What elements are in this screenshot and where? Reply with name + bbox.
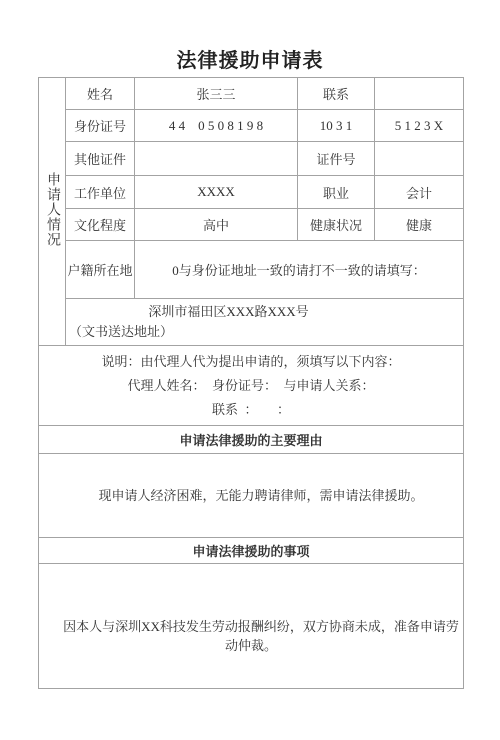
agent-name-id-relation-line: 代理人姓名： 身份证号： 与申请人关系： xyxy=(39,374,463,398)
health-value: 健康 xyxy=(375,209,464,241)
household-registration-value: 0与身份证地址一致的请打不一致的请填写： xyxy=(135,241,464,299)
table-row: 申请法律援助的主要理由 xyxy=(39,426,464,454)
agent-note-cell: 说明：由代理人代为提出申请的，须填写以下内容： 代理人姓名： 身份证号： 与申请… xyxy=(39,346,464,426)
table-row: 现申请人经济困难，无能力聘请律师，需申请法律援助。 xyxy=(39,454,464,538)
reason-section-header: 申请法律援助的主要理由 xyxy=(39,426,464,454)
page-title: 法律援助申请表 xyxy=(0,44,500,73)
education-value: 高中 xyxy=(135,209,298,241)
matter-section-content: 因本人与深圳XX科技发生劳动报酬纠纷，双方协商未成，准备申请劳 动仲裁。 xyxy=(39,564,464,689)
agent-contact-line: 联系 ： ： xyxy=(39,398,463,422)
table-row: 文化程度 高中 健康状况 健康 xyxy=(39,209,464,241)
form-page: 法律援助申请表 申请人情况 姓名 张三三 联系 身份证号 4 4 0 5 0 8… xyxy=(0,0,500,740)
occupation-label: 职业 xyxy=(298,176,375,209)
work-unit-label: 工作单位 xyxy=(66,176,135,209)
matter-section-header: 申请法律援助的事项 xyxy=(39,538,464,564)
name-label: 姓名 xyxy=(66,78,135,110)
id-number-label: 身份证号 xyxy=(66,110,135,142)
work-unit-value: XXXX xyxy=(135,176,298,209)
table-row: 身份证号 4 4 0 5 0 8 1 9 8 10 3 1 5 1 2 3 X xyxy=(39,110,464,142)
application-form-table: 申请人情况 姓名 张三三 联系 身份证号 4 4 0 5 0 8 1 9 8 1… xyxy=(38,77,464,689)
contact-value xyxy=(375,78,464,110)
name-value: 张三三 xyxy=(135,78,298,110)
contact-label: 联系 xyxy=(298,78,375,110)
table-row: 深圳市福田区XXX路XXX号 （文书送达地址） xyxy=(39,299,464,346)
other-document-label: 其他证件 xyxy=(66,142,135,176)
document-number-label: 证件号 xyxy=(298,142,375,176)
id-number-value-part2: 10 3 1 xyxy=(298,110,375,142)
table-row: 其他证件 证件号 xyxy=(39,142,464,176)
other-document-value xyxy=(135,142,298,176)
id-number-value-part3: 5 1 2 3 X xyxy=(375,110,464,142)
agent-note-instruction: 说明：由代理人代为提出申请的，须填写以下内容： xyxy=(39,350,463,374)
household-registration-label: 户籍所在地 xyxy=(66,241,135,299)
health-label: 健康状况 xyxy=(298,209,375,241)
document-number-value xyxy=(375,142,464,176)
table-row: 工作单位 XXXX 职业 会计 xyxy=(39,176,464,209)
table-row: 申请人情况 姓名 张三三 联系 xyxy=(39,78,464,110)
delivery-address-cell: 深圳市福田区XXX路XXX号 （文书送达地址） xyxy=(66,299,464,346)
reason-section-content: 现申请人经济困难，无能力聘请律师，需申请法律援助。 xyxy=(39,454,464,538)
id-number-value-part1: 4 4 0 5 0 8 1 9 8 xyxy=(135,110,298,142)
delivery-address-value: 深圳市福田区XXX路XXX号 xyxy=(66,303,463,321)
delivery-address-note: （文书送达地址） xyxy=(66,323,463,341)
table-row: 申请法律援助的事项 xyxy=(39,538,464,564)
table-row: 户籍所在地 0与身份证地址一致的请打不一致的请填写： xyxy=(39,241,464,299)
side-vertical-label: 申请人情况 xyxy=(45,172,59,247)
applicant-section-side-header: 申请人情况 xyxy=(39,78,66,346)
table-row: 因本人与深圳XX科技发生劳动报酬纠纷，双方协商未成，准备申请劳 动仲裁。 xyxy=(39,564,464,689)
table-row: 说明：由代理人代为提出申请的，须填写以下内容： 代理人姓名： 身份证号： 与申请… xyxy=(39,346,464,426)
occupation-value: 会计 xyxy=(375,176,464,209)
education-label: 文化程度 xyxy=(66,209,135,241)
